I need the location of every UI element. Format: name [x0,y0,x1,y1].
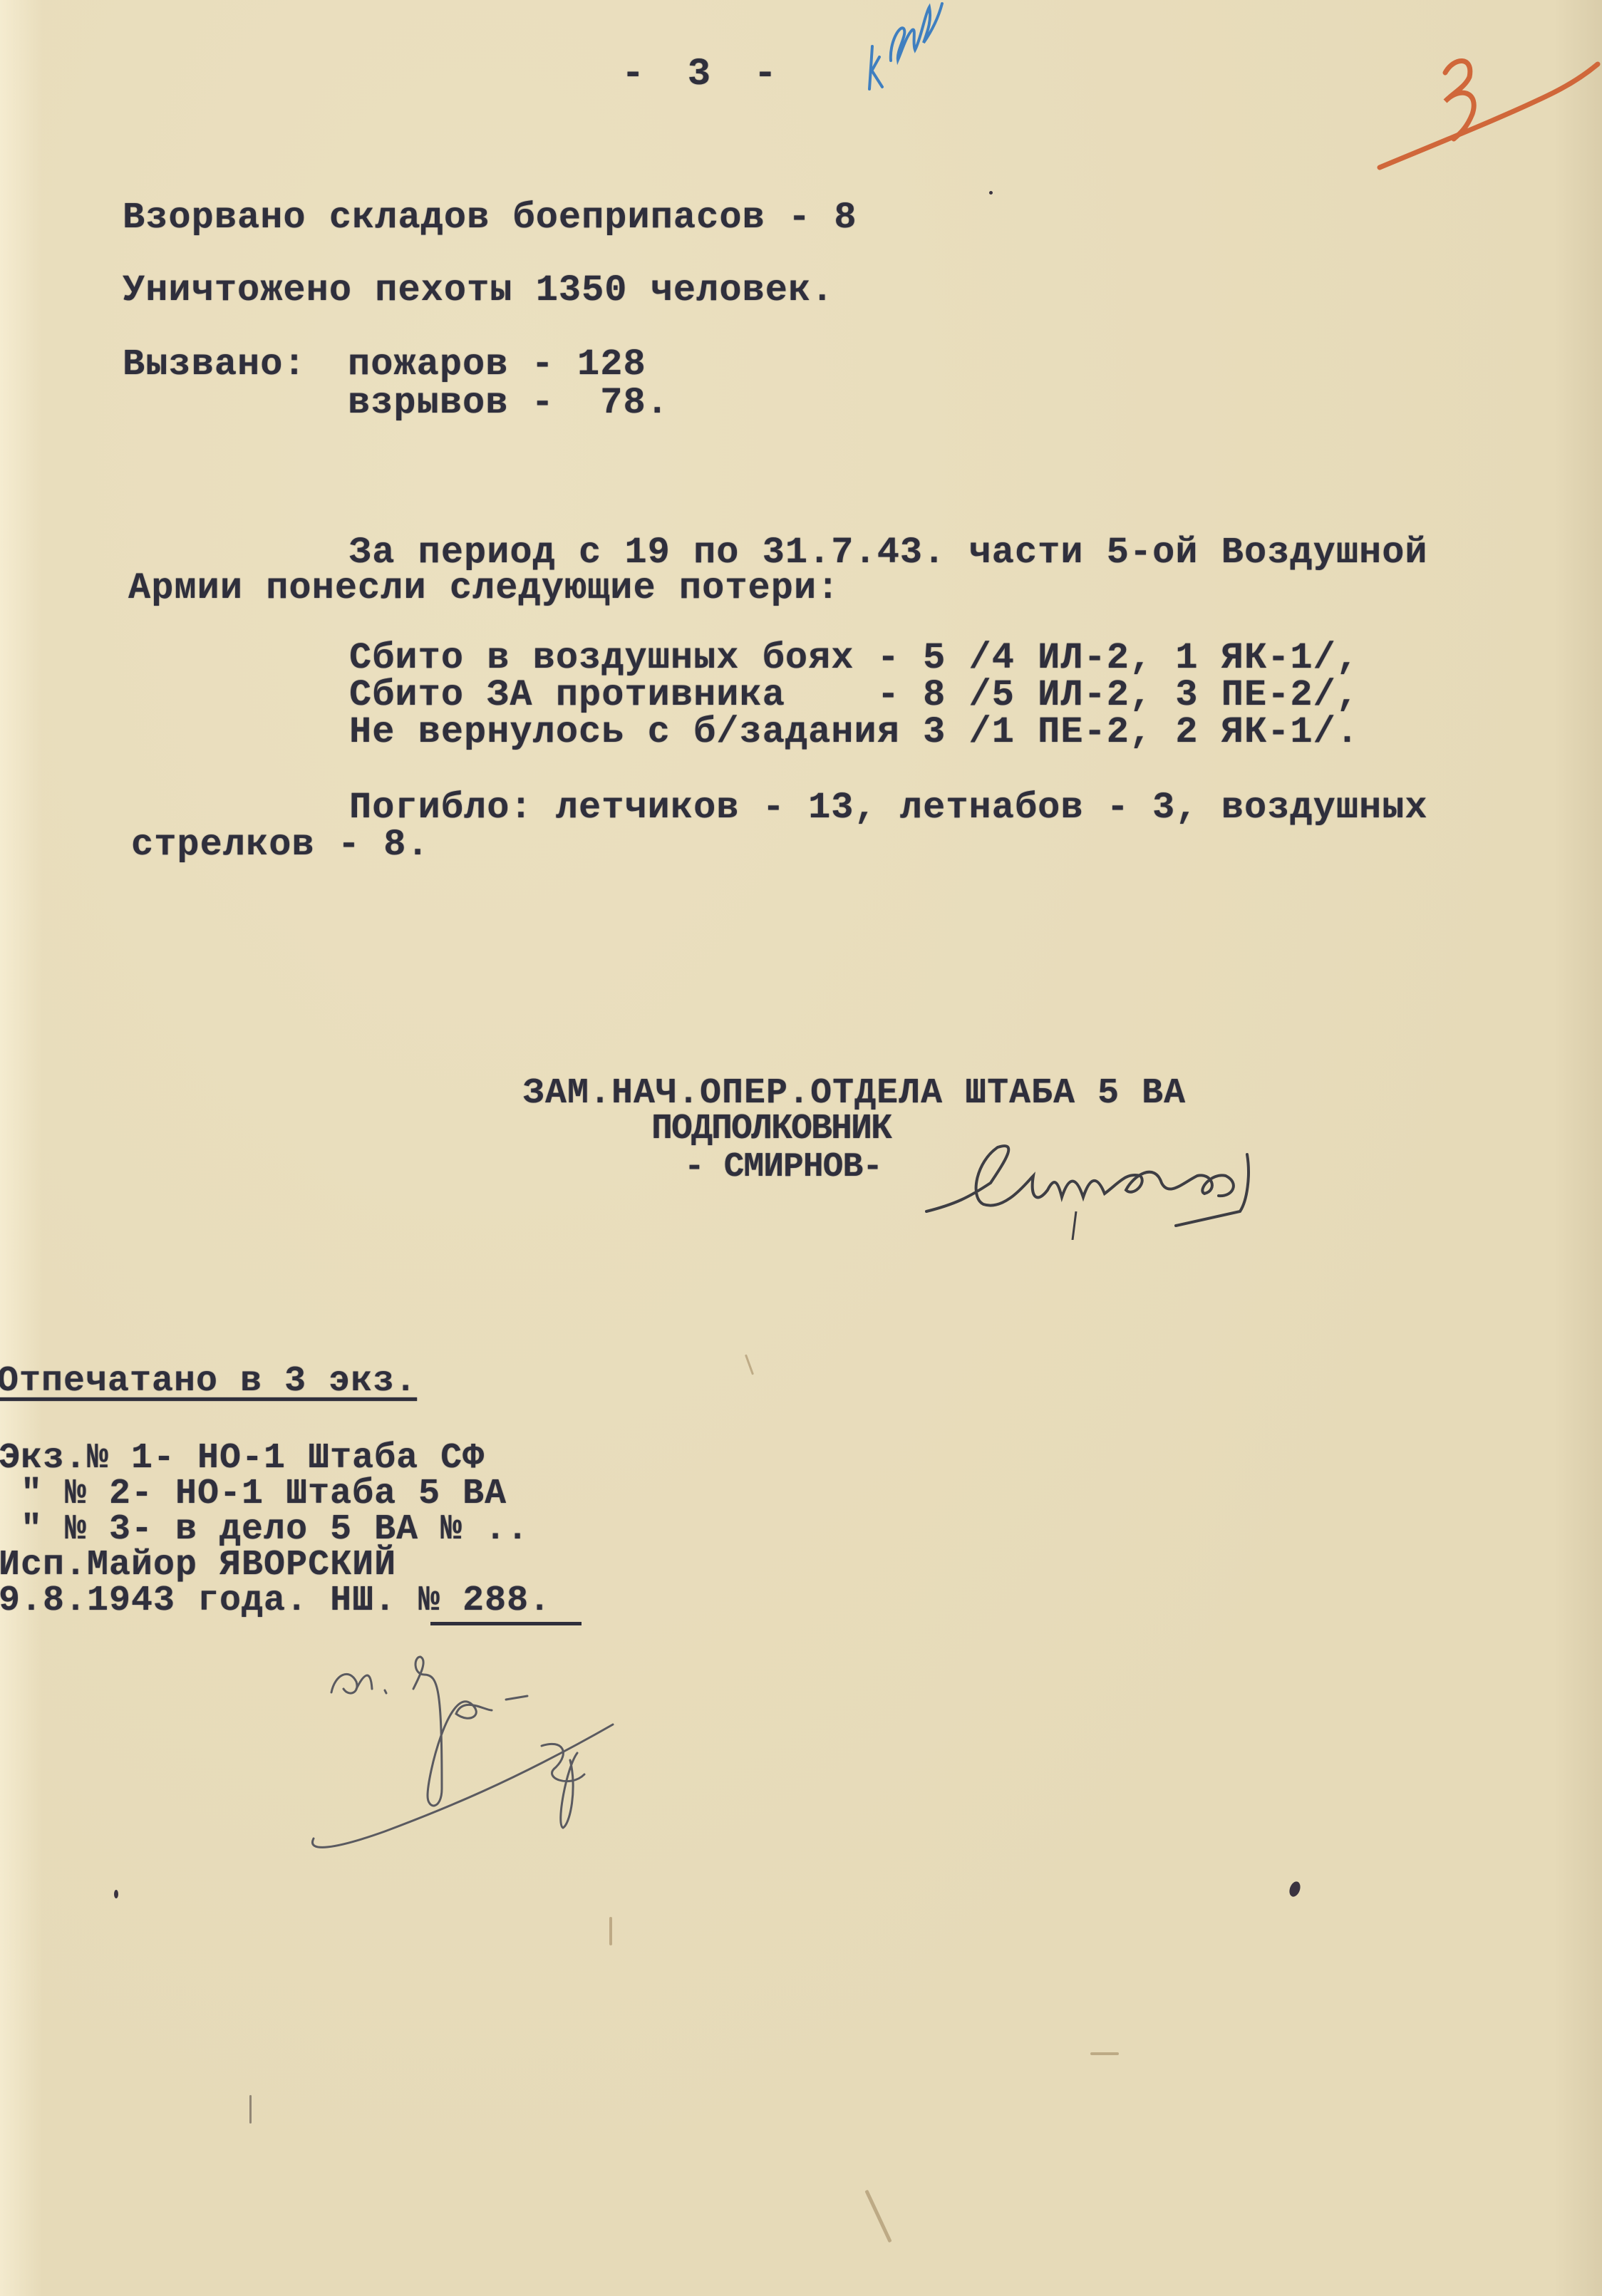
loss-item-not-returned: Не вернулось с б/задания 3 /1 ПЕ-2, 2 ЯК… [349,714,1359,751]
distribution-copy-1: Экз.№ 1- НО-1 Штаба СФ [0,1441,485,1477]
ink-speck [989,191,993,195]
distribution-header: Отпечатано в 3 экз. [0,1364,417,1400]
paper-fiber [249,2095,252,2124]
signatory-rank: ПОДПОЛКОВНИК [651,1112,891,1147]
ink-speck [1288,1880,1303,1898]
killed-line1: Погибло: летчиков - 13, летнабов - 3, во… [349,790,1428,827]
date-and-number: 9.8.1943 года. НШ. № 288. [0,1583,551,1619]
paper-fiber [1090,2052,1119,2055]
number-underline [430,1622,582,1625]
archive-mark-blue [855,0,998,100]
folio-number-red [1340,43,1602,171]
distribution-copy-3: " № 3- в дело 5 ВА № .. [0,1512,529,1548]
explosions-caused: взрывов - 78. [348,385,669,422]
losses-intro-line1: За период с 19 по 31.7.43. части 5-ой Во… [349,534,1428,572]
distribution-copy-2: " № 2- НО-1 Штаба 5 ВА [0,1477,507,1512]
killed-line2: стрелков - 8. [131,827,430,864]
loss-item-enemy-territory: Сбито ЗА противника - 8 /5 ИЛ-2, 3 ПЕ-2/… [349,677,1359,714]
infantry-destroyed: Уничтожено пехоты 1350 человек. [123,272,834,309]
page-number: - 3 - [621,56,787,94]
paper-fiber [609,1917,612,1945]
executor: Исп.Майор ЯВОРСКИЙ [0,1548,396,1583]
caused-label: Вызвано: [123,346,306,383]
losses-intro-line2: Армии понесли следующие потери: [128,570,839,607]
signatory-name: - СМИРНОВ- [684,1150,882,1184]
paper-fiber [864,2190,892,2243]
signatory-title: ЗАМ.НАЧ.ОПЕР.ОТДЕЛА ШТАБА 5 ВА [523,1076,1186,1112]
ammo-depots-destroyed: Взорвано складов боеприпасов - 8 [123,200,857,237]
fires-caused: пожаров - 128 [348,346,646,383]
paper-fiber [745,1354,754,1375]
handwritten-initials [299,1646,641,1860]
ink-speck [114,1890,118,1898]
signature-smirnov [912,1133,1383,1240]
loss-item-air-combat: Сбито в воздушных боях - 5 /4 ИЛ-2, 1 ЯК… [349,640,1359,677]
